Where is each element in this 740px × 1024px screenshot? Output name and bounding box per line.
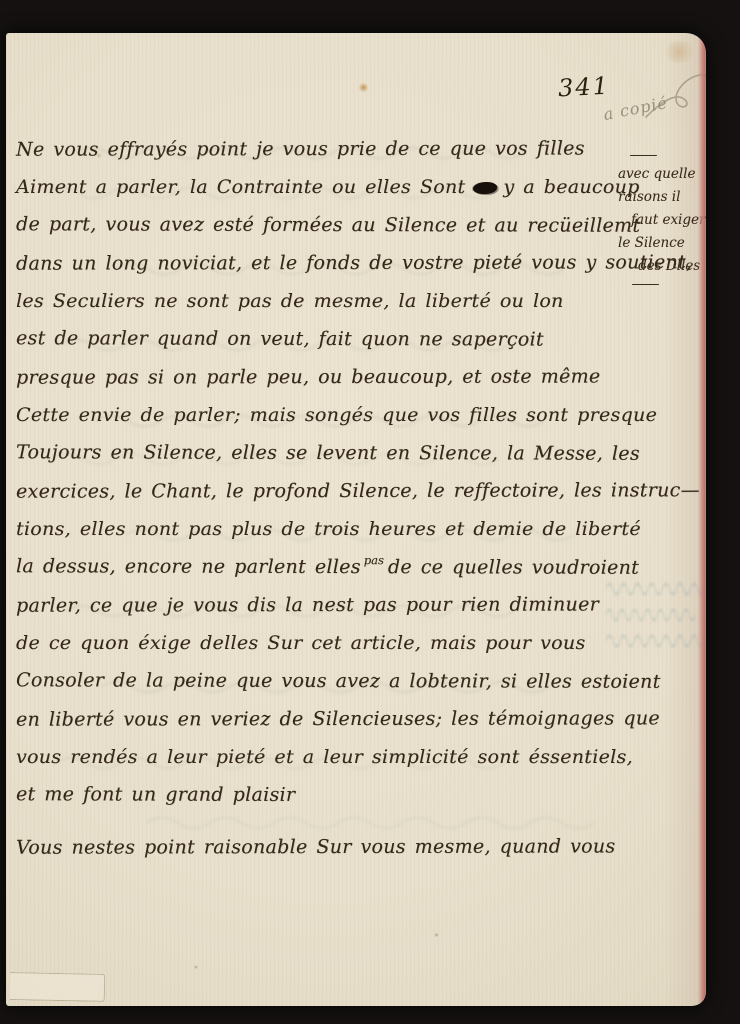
manuscript-line-text: et me font un grand plaisir — [16, 783, 295, 806]
manuscript-line: dans un long noviciat, et le fonds de vo… — [16, 243, 656, 282]
manuscript-line-text: tions, elles nont pas plus de trois heur… — [16, 518, 641, 540]
manuscript-line-text: les Seculiers ne sont pas de mesme, la l… — [16, 290, 564, 312]
margin-rule-top — [630, 155, 657, 156]
manuscript-line-text: de part, vous avez esté formées au Silen… — [16, 213, 640, 237]
margin-note-line: faut exiger — [631, 209, 706, 232]
manuscript-line: les Seculiers ne sont pas de mesme, la l… — [16, 282, 656, 320]
margin-note: avec quelleraisons ilfaut exigerle Silen… — [618, 152, 706, 285]
manuscript-line-text: exercices, le Chant, le profond Silence,… — [16, 479, 700, 502]
page-number: 341 — [557, 72, 610, 103]
manuscript-page: 341 a copié Ne vous effrayés point je vo… — [6, 33, 706, 1006]
manuscript-line-text: Consoler de la peine que vous avez a lob… — [16, 669, 661, 693]
foxing-spot — [358, 83, 369, 92]
margin-rule-bottom — [632, 284, 659, 285]
paper-crease — [10, 972, 106, 1002]
manuscript-line: la dessus, encore ne parlent ellespasde … — [16, 547, 656, 587]
manuscript-line: et me font un grand plaisir — [16, 775, 656, 815]
manuscript-line-text: la dessus, encore ne parlent elles — [16, 555, 361, 578]
manuscript-line-text: Aiment a parler, la Contrainte ou elles … — [16, 176, 465, 198]
margin-note-line: avec quelle — [618, 163, 706, 186]
manuscript-line-text: vous rendés a leur pieté et a leur simpl… — [16, 746, 633, 768]
manuscript-line-text: de ce quelles voudroient — [388, 556, 639, 579]
manuscript-line: Vous nestes point raisonable Sur vous me… — [16, 827, 656, 866]
photo-background: { "page": { "number": "341", "copy_note"… — [0, 0, 740, 1024]
manuscript-line-text: Vous nestes point raisonable Sur vous me… — [16, 835, 615, 858]
manuscript-line: de part, vous avez esté formées au Silen… — [16, 205, 656, 245]
manuscript-line-text: Cette envie de parler; mais songés que v… — [16, 404, 657, 426]
manuscript-line-text: en liberté vous en veriez de Silencieuse… — [16, 707, 660, 730]
manuscript-line: Ne vous effrayés point je vous prie de c… — [16, 129, 656, 168]
margin-note-lines: avec quelleraisons ilfaut exigerle Silen… — [618, 163, 706, 278]
manuscript-line: de ce quon éxige delles Sur cet article,… — [16, 624, 656, 662]
margin-note-line: raisons il — [618, 186, 706, 209]
foxing-spot — [434, 933, 439, 937]
manuscript-line: est de parler quand on veut, fait quon n… — [16, 319, 656, 359]
manuscript-line-text: de ce quon éxige delles Sur cet article,… — [16, 632, 586, 654]
foxing-spot — [662, 41, 696, 63]
manuscript-line: Cette envie de parler; mais songés que v… — [16, 396, 656, 434]
manuscript-text: Ne vous effrayés point je vous prie de c… — [16, 130, 656, 866]
manuscript-line: en liberté vous en veriez de Silencieuse… — [16, 699, 656, 738]
manuscript-line-text: presque pas si on parle peu, ou beaucoup… — [16, 365, 600, 388]
manuscript-line-text: est de parler quand on veut, fait quon n… — [16, 327, 544, 350]
manuscript-line: vous rendés a leur pieté et a leur simpl… — [16, 738, 656, 776]
pencil-flourish — [642, 67, 706, 123]
manuscript-line: Consoler de la peine que vous avez a lob… — [16, 661, 656, 701]
margin-note-line: le Silence — [618, 232, 706, 255]
manuscript-line: exercices, le Chant, le profond Silence,… — [16, 471, 656, 510]
margin-note-line: des Dlles — [638, 255, 706, 278]
page-red-edge — [698, 33, 706, 1006]
manuscript-line-text: dans un long noviciat, et le fonds de vo… — [16, 251, 692, 274]
manuscript-line-text: Toujours en Silence, elles se levent en … — [16, 441, 640, 465]
manuscript-line: parler, ce que je vous dis la nest pas p… — [16, 585, 656, 624]
manuscript-line-text: parler, ce que je vous dis la nest pas p… — [16, 593, 599, 616]
manuscript-line: presque pas si on parle peu, ou beaucoup… — [16, 357, 656, 396]
manuscript-line-text: Ne vous effrayés point je vous prie de c… — [16, 137, 585, 160]
foxing-spot — [194, 965, 198, 969]
interlinear-insertion: pas — [364, 555, 384, 565]
manuscript-line: Toujours en Silence, elles se levent en … — [16, 433, 656, 473]
manuscript-line: tions, elles nont pas plus de trois heur… — [16, 510, 656, 548]
ink-blot — [473, 182, 497, 194]
manuscript-line: Aiment a parler, la Contrainte ou elles … — [16, 168, 656, 206]
